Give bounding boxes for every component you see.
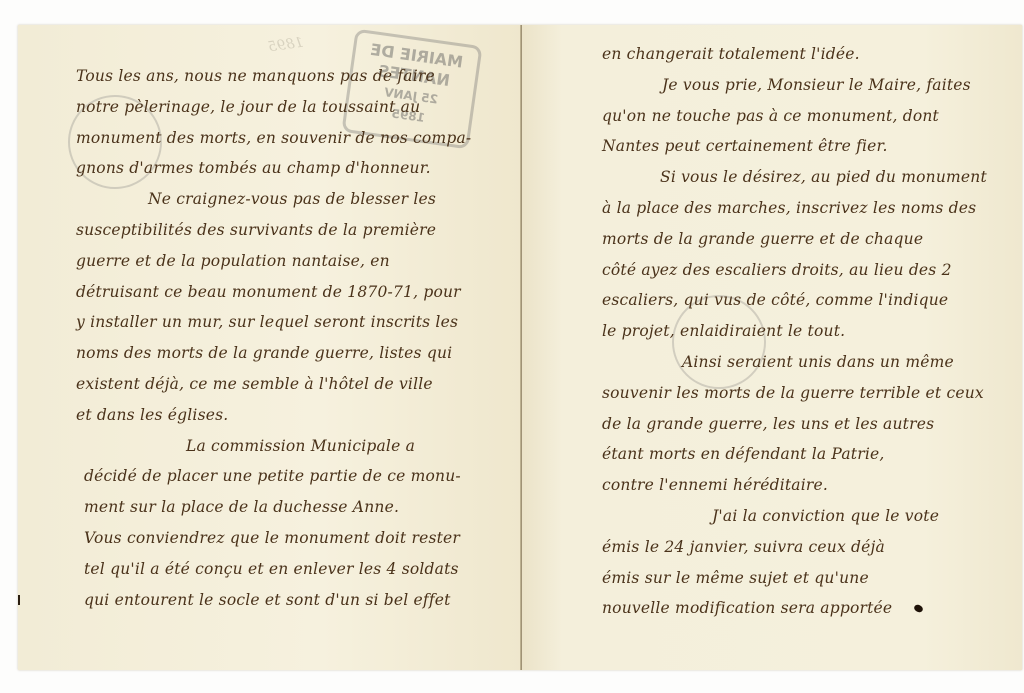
text-line: contre l'ennemi héréditaire. [602,470,1012,501]
text-line: Tous les ans, nous ne manquons pas de fa… [76,61,526,92]
text-line: de la grande guerre, les uns et les autr… [602,409,1012,440]
text-line: susceptibilités des survivants de la pre… [76,215,526,246]
text-line: morts de la grande guerre et de chaque [602,224,1012,255]
text-line: Je vous prie, Monsieur le Maire, faites [602,70,1012,101]
left-page: 1895 MAIRIE DE NANTES 25 JANV 1895 Tous … [18,25,522,670]
text-line: Ainsi seraient unis dans un même [602,347,1012,378]
text-line: et dans les églises. [76,400,526,431]
text-line: étant morts en défendant la Patrie, [602,439,1012,470]
text-line: nouvelle modification sera apportée [602,593,1012,624]
text-line: gnons d'armes tombés au champ d'honneur. [76,153,526,184]
text-line: émis sur le même sujet et qu'une [602,563,1012,594]
text-line: J'ai la conviction que le vote [602,501,1012,532]
text-line: noms des morts de la grande guerre, list… [76,338,526,369]
text-line: côté ayez des escaliers droits, au lieu … [602,255,1012,286]
right-page: en changerait totalement l'idée. Je vous… [522,25,1022,670]
bleed-through-date: 1895 [267,35,305,56]
text-line: à la place des marches, inscrivez les no… [602,193,1012,224]
scanned-letter: 1895 MAIRIE DE NANTES 25 JANV 1895 Tous … [0,0,1024,693]
text-line: le projet, enlaidiraient le tout. [602,316,1012,347]
text-line: Si vous le désirez, au pied du monument [602,162,1012,193]
letter-sheet: 1895 MAIRIE DE NANTES 25 JANV 1895 Tous … [18,25,1022,670]
text-line: tel qu'il a été conçu et en enlever les … [76,554,526,585]
text-line: La commission Municipale a [76,431,526,462]
text-line: Vous conviendrez que le monument doit re… [76,523,526,554]
text-line: Ne craignez-vous pas de blesser les [76,184,526,215]
text-line: ment sur la place de la duchesse Anne. [76,492,526,523]
text-line: guerre et de la population nantaise, en [76,246,526,277]
text-line: détruisant ce beau monument de 1870-71, … [76,277,526,308]
text-line: en changerait totalement l'idée. [602,39,1012,70]
text-line: existent déjà, ce me semble à l'hôtel de… [76,369,526,400]
text-line: souvenir les morts de la guerre terrible… [602,378,1012,409]
text-line: monument des morts, en souvenir de nos c… [76,123,526,154]
text-line: Nantes peut certainement être fier. [602,131,1012,162]
text-line: qu'on ne touche pas à ce monument, dont [602,101,1012,132]
right-page-text: en changerait totalement l'idée. Je vous… [602,39,1012,624]
text-line: y installer un mur, sur lequel seront in… [76,307,526,338]
left-page-text: Tous les ans, nous ne manquons pas de fa… [76,61,526,615]
text-line: émis le 24 janvier, suivra ceux déjà [602,532,1012,563]
paper-mark [18,595,20,605]
text-line: escaliers, qui vus de côté, comme l'indi… [602,285,1012,316]
text-line: qui entourent le socle et sont d'un si b… [76,585,526,616]
text-line: décidé de placer une petite partie de ce… [76,461,526,492]
text-line: notre pèlerinage, le jour de la toussain… [76,92,526,123]
